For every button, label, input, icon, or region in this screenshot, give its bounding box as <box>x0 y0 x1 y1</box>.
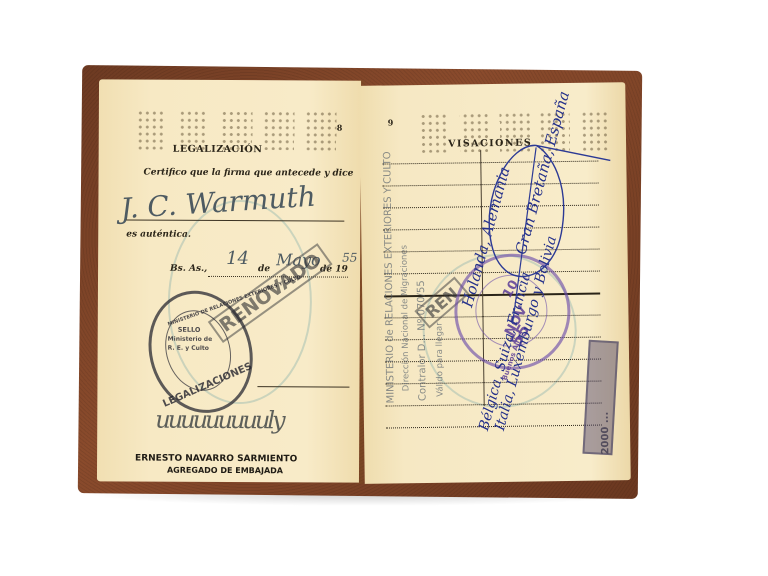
date-de-1: de <box>258 264 270 274</box>
signer-name: ERNESTO NAVARRO SARMIENTO <box>135 454 297 465</box>
stamp-center-line-3: R. E. y Culto <box>168 345 209 352</box>
stamp-center-line-2: Ministerio de <box>168 336 213 343</box>
handwritten-signature: J. C. Warmuth <box>120 180 317 226</box>
stamp-center-line-1: SELLO <box>178 326 201 334</box>
page-number: 8 <box>337 123 343 133</box>
authentic-text: es auténtica. <box>126 229 191 239</box>
left-page-legalizacion: 8 LEGALIZACIÓN Certifico que la firma qu… <box>97 79 361 482</box>
certify-text: Certifico que la firma que antecede y di… <box>144 168 354 179</box>
page-heading: LEGALIZACIÓN <box>173 144 263 155</box>
edge-stamp-text: 2000 ... <box>600 412 612 455</box>
date-place: Bs. As., <box>170 264 207 274</box>
date-day-handwritten: 14 <box>226 248 249 269</box>
date-year-handwritten: 55 <box>342 251 357 265</box>
official-signature: uuuuuuuuuly <box>155 406 283 435</box>
right-page-visaciones: 9 VISACIONES MINISTERIO de RELACIONES EX… <box>359 82 631 484</box>
signer-title: AGREGADO DE EMBAJADA <box>167 466 283 476</box>
